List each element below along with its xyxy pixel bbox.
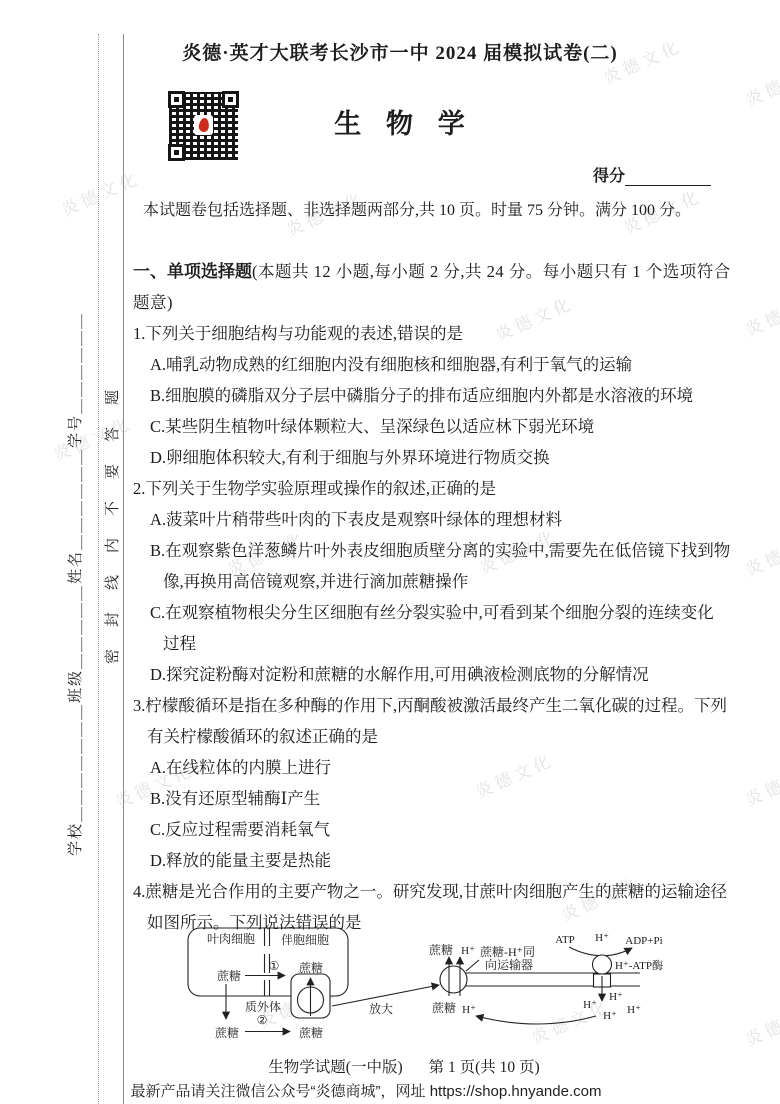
companion-cell-label: 伴胞细胞	[281, 932, 329, 947]
q1-option-a: A.哺乳动物成熟的红细胞内没有细胞核和细胞器,有利于氧气的运输	[150, 349, 731, 380]
apoplast-label: 质外体	[245, 999, 281, 1014]
q2-option-d: D.探究淀粉酶对淀粉和蔗糖的水解作用,可用碘液检测底物的分解情况	[150, 659, 731, 690]
magnify-label: 放大	[369, 1001, 393, 1016]
score-blank-line	[625, 169, 711, 186]
footer-doc-label: 生物学试题(一中版)	[268, 1059, 402, 1076]
exam-title: 炎德·英才大联考长沙市一中 2024 届模拟试卷(二)	[120, 38, 680, 65]
atp-hydrolysis-arrow	[569, 947, 632, 956]
score-label: 得分	[593, 168, 625, 185]
watermark: 炎德文化	[741, 284, 780, 341]
exam-page: { "page": { "title": "炎德·英才大联考长沙市一中 2024…	[0, 0, 780, 1104]
h-plus-label: H⁺	[461, 945, 475, 957]
page-footer: 生物学试题(一中版)第 1 页(共 10 页)	[130, 1055, 678, 1077]
seal-solid-line	[123, 34, 124, 1104]
h-plus-label: H⁺	[462, 1004, 476, 1016]
symporter-label-line1: 蔗糖-H⁺同	[480, 944, 535, 959]
proton-return-arrow	[476, 1016, 596, 1024]
question-2: 2.下列关于生物学实验原理或操作的叙述,正确的是	[133, 473, 731, 504]
watermark: 炎德文化	[741, 54, 780, 111]
watermark: 炎德文化	[741, 994, 780, 1051]
question-1: 1.下列关于细胞结构与功能观的表述,错误的是	[133, 318, 731, 349]
question4-diagram: 叶肉细胞 伴胞细胞 蔗糖 ① 蔗糖 质外体 蔗糖 ② 蔗糖 放大 蔗糖 H⁺ 蔗…	[178, 916, 685, 1056]
qr-finder-icon	[168, 144, 185, 161]
score-field: 得分	[593, 163, 711, 186]
sucrose-label: 蔗糖	[299, 960, 323, 975]
question-3-wrap: 有关柠檬酸循环的叙述正确的是	[147, 721, 731, 752]
atpase-circle	[593, 955, 612, 974]
symporter-label-line2: 向运输器	[485, 957, 533, 972]
h-plus-label: H⁺	[603, 1010, 617, 1022]
h-plus-label: H⁺	[583, 999, 597, 1011]
q2-option-a: A.菠菜叶片稍带些叶肉的下表皮是观察叶绿体的理想材料	[150, 504, 731, 535]
q3-option-b: B.没有还原型辅酶Ⅰ产生	[150, 783, 731, 814]
q2-option-c-wrap: 过程	[163, 628, 731, 659]
q1-option-c: C.某些阴生植物叶绿体颗粒大、呈深绿色以适应林下弱光环境	[150, 411, 731, 442]
step1-circled-number: ①	[269, 959, 280, 973]
symporter-pointer-line	[466, 960, 479, 971]
q3-option-d: D.释放的能量主要是热能	[150, 845, 731, 876]
h-plus-label: H⁺	[627, 1004, 641, 1016]
watermark: 炎德文化	[57, 164, 144, 221]
sucrose-label: 蔗糖	[215, 1025, 239, 1040]
q3-option-c: C.反应过程需要消耗氧气	[150, 814, 731, 845]
question-3: 3.柠檬酸循环是指在多种酶的作用下,丙酮酸被激活最终产生二氧化碳的过程。下列	[133, 690, 731, 721]
section-heading-note: (本题共 12 小题,每小题 2 分,共 24 分。每小题只有 1 个选项符合	[252, 262, 731, 281]
section-heading-bold: 一、单项选择题	[133, 262, 252, 281]
q2-option-b-wrap: 像,再换用高倍镜观察,并进行滴加蔗糖操作	[163, 566, 731, 597]
student-info-fields: 学校＿＿＿＿＿＿＿班级＿＿＿＿＿姓名＿＿＿＿＿＿学号＿＿＿＿＿＿	[64, 312, 85, 856]
section-heading-wrap: 题意)	[133, 287, 731, 318]
publisher-promo-text: 最新产品请关注微信公众号“炎德商城”，网址 https://shop.hnyan…	[0, 1080, 732, 1101]
atp-label: ATP	[555, 934, 575, 946]
q2-option-c: C.在观察植物根尖分生区细胞有丝分裂实验中,可看到某个细胞分裂的连续变化	[150, 597, 731, 628]
symporter-circle	[440, 966, 467, 993]
sucrose-label: 蔗糖	[217, 968, 241, 983]
adp-pi-label: ADP+Pi	[625, 935, 662, 947]
watermark: 炎德文化	[741, 524, 780, 581]
atpase-label: H⁺-ATP酶	[615, 958, 663, 972]
h-plus-label: H⁺	[595, 932, 609, 944]
seal-warning-text: 密封线内不要答题	[101, 368, 122, 664]
sucrose-label: 蔗糖	[299, 1025, 323, 1040]
q1-option-d: D.卵细胞体积较大,有利于细胞与外界环境进行物质交换	[150, 442, 731, 473]
subject-title: 生 物 学	[130, 102, 678, 141]
step2-circled-number: ②	[257, 1013, 268, 1027]
question-4: 4.蔗糖是光合作用的主要产物之一。研究发现,甘蔗叶肉细胞产生的蔗糖的运输途径	[133, 876, 731, 907]
question-area: 一、单项选择题(本题共 12 小题,每小题 2 分,共 24 分。每小题只有 1…	[133, 256, 731, 938]
mesophyll-cell-label: 叶肉细胞	[207, 932, 255, 946]
h-plus-label: H⁺	[609, 991, 623, 1003]
watermark: 炎德文化	[741, 754, 780, 811]
seal-dotted-line	[98, 34, 99, 1104]
sucrose-label: 蔗糖	[429, 942, 453, 957]
sucrose-label: 蔗糖	[432, 1000, 456, 1015]
footer-page-info: 第 1 页(共 10 页)	[429, 1059, 540, 1076]
q1-option-b: B.细胞膜的磷脂双分子层中磷脂分子的排布适应细胞内外都是水溶液的环境	[150, 380, 731, 411]
q2-option-b: B.在观察紫色洋葱鳞片叶外表皮细胞质壁分离的实验中,需要先在低倍镜下找到物	[150, 535, 731, 566]
exam-instructions: 本试题卷包括选择题、非选择题两部分,共 10 页。时量 75 分钟。满分 100…	[143, 197, 691, 220]
q3-option-a: A.在线粒体的内膜上进行	[150, 752, 731, 783]
section-heading: 一、单项选择题(本题共 12 小题,每小题 2 分,共 24 分。每小题只有 1…	[133, 256, 731, 287]
